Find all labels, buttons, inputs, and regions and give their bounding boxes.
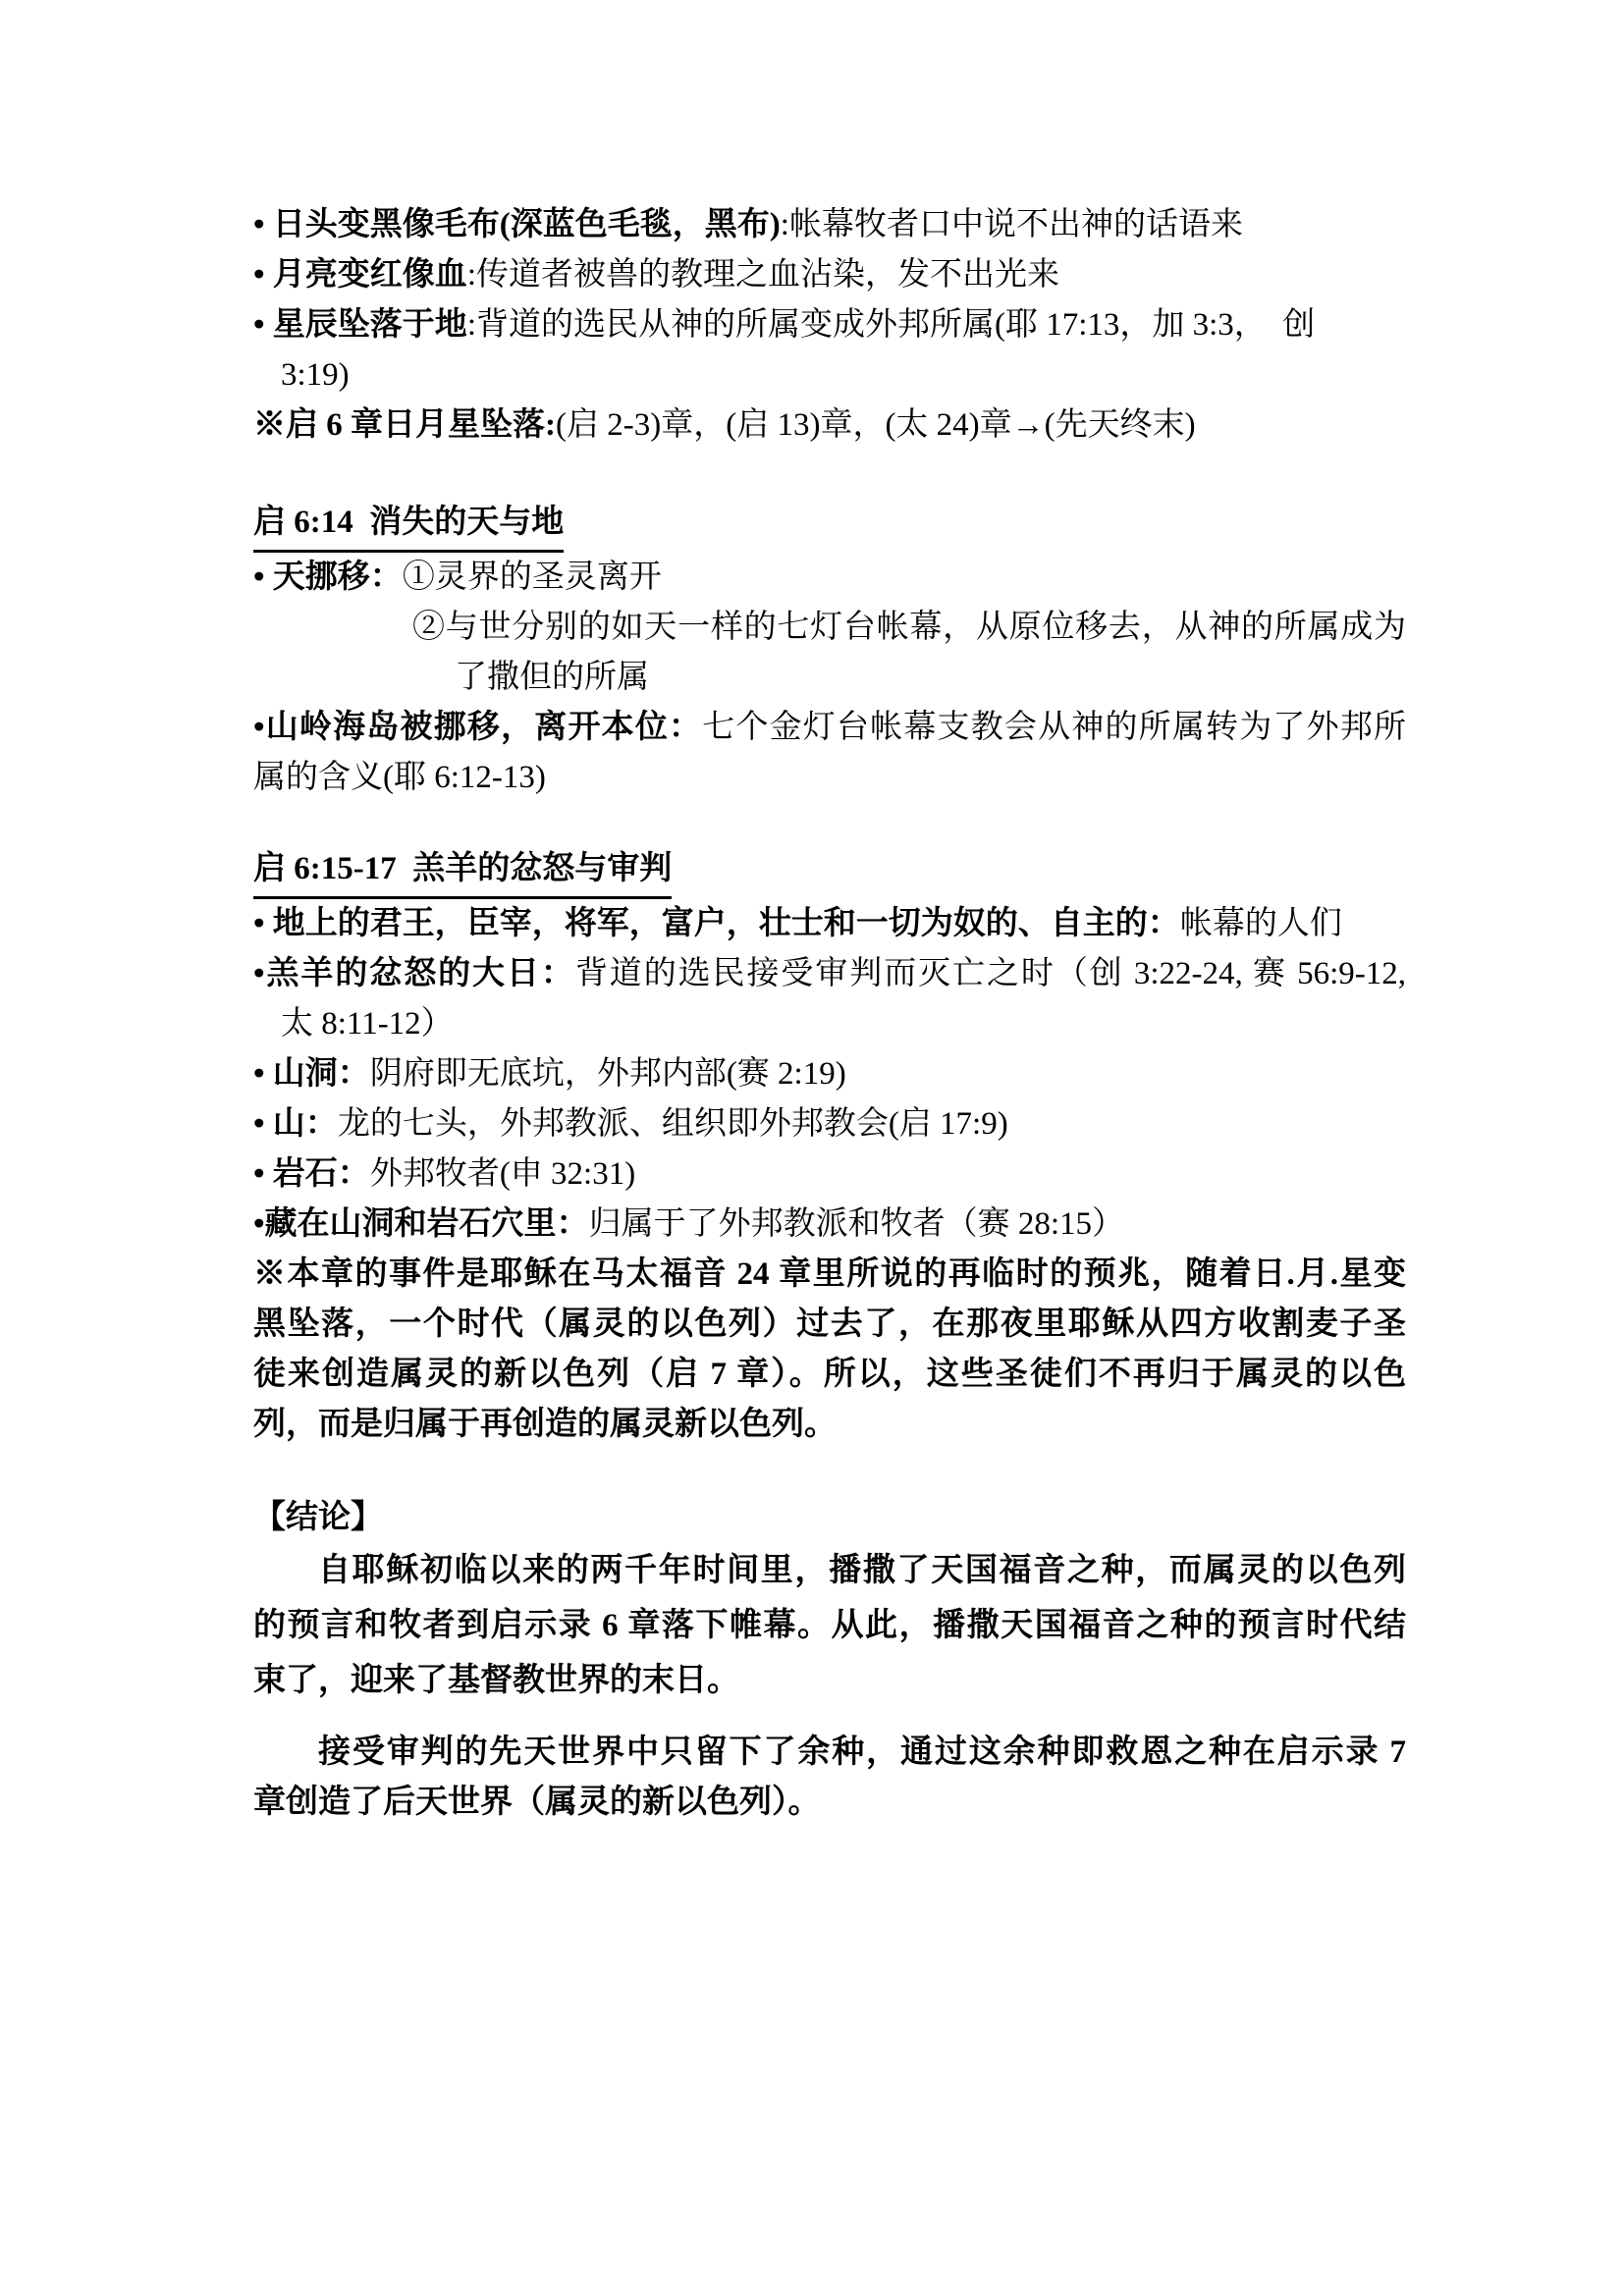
continuation-line: 了撒但的所属 <box>253 653 1406 703</box>
spacer <box>253 1450 1406 1493</box>
text-run: 帐幕的人们 <box>1180 906 1342 941</box>
bold-text-run: 自耶稣初临以来的两千年时间里，播撒了天国福音之种，而属灵的以色列 <box>318 1553 1406 1588</box>
text-run: 阴府即无底坑，外邦内部(赛 2:19) <box>370 1056 846 1092</box>
bold-text-run: 启 6:15-17 羔羊的忿怒与审判 <box>253 851 672 886</box>
text-run: 3:19) <box>281 357 350 393</box>
bullet-item: • 月亮变红像血:传道者被兽的教理之血沾染，发不出光来 <box>253 250 1406 300</box>
text-run: 了撒但的所属 <box>455 660 649 695</box>
continuation-line: 属的含义(耶 6:12-13) <box>253 753 1406 803</box>
bold-text-run: 徒来创造属灵的新以色列（启 7 章）。所以，这些圣徒们不再归于属灵的以色 <box>253 1357 1406 1392</box>
bold-text-run: 束了，迎来了基督教世界的末日。 <box>253 1663 739 1698</box>
text-run: 归属于了外邦教派和牧者（赛 28:15） <box>589 1206 1124 1242</box>
bold-text-run: 章创造了后天世界（属灵的新以色列）。 <box>253 1785 821 1820</box>
bold-text-run: 启 6:14 消失的天与地 <box>253 505 564 540</box>
text-run: :帐幕牧者口中说不出神的话语来 <box>781 207 1243 242</box>
bold-text-run: • 星辰坠落于地 <box>253 307 467 343</box>
text-run: 太 8:11-12） <box>281 1006 454 1041</box>
bullet-item: • 星辰坠落于地:背道的选民从神的所属变成外邦所属(耶 17:13，加 3:3，… <box>253 300 1406 350</box>
bullet-item: • 地上的君王，臣宰，将军，富户，壮士和一切为奴的、自主的：帐幕的人们 <box>253 899 1406 949</box>
bold-text-run: 接受审判的先天世界中只留下了余种，通过这余种即救恩之种在启示录 7 <box>318 1735 1406 1770</box>
bold-text-run: • 山： <box>253 1106 338 1142</box>
bullet-item: • 天挪移：①灵界的圣灵离开 <box>253 553 1406 603</box>
spacer <box>253 1708 1406 1728</box>
bullet-item: •山岭海岛被挪移，离开本位：七个金灯台帐幕支教会从神的所属转为了外邦所 <box>253 703 1406 753</box>
paragraph-line: 接受审判的先天世界中只留下了余种，通过这余种即救恩之种在启示录 7 <box>253 1728 1406 1778</box>
bold-text-run: • 天挪移： <box>253 560 403 595</box>
text-run: 外邦牧者(申 32:31) <box>370 1156 635 1192</box>
bullet-item: • 山洞：阴府即无底坑，外邦内部(赛 2:19) <box>253 1049 1406 1099</box>
bold-text-run: ※启 6 章日月星坠落: <box>253 407 556 443</box>
heading-underline: 启 6:14 消失的天与地 <box>253 498 564 553</box>
bold-text-run: • 日头变黑像毛布(深蓝色毛毯，黑布) <box>253 207 781 242</box>
note-line: ※启 6 章日月星坠落:(启 2-3)章，(启 13)章，(太 24)章→(先天… <box>253 400 1406 451</box>
note-line: ※本章的事件是耶稣在马太福音 24 章里所说的再临时的预兆，随着日.月.星变 <box>253 1250 1406 1300</box>
bold-text-run: 列，而是归属于再创造的属灵新以色列。 <box>253 1407 837 1442</box>
bold-text-run: •羔羊的忿怒的大日： <box>253 956 575 991</box>
paragraph-line: 的预言和牧者到启示录 6 章落下帷幕。从此，播撒天国福音之种的预言时代结 <box>253 1598 1406 1653</box>
paragraph-line: 列，而是归属于再创造的属灵新以色列。 <box>253 1400 1406 1450</box>
bold-text-run: •山岭海岛被挪移，离开本位： <box>253 710 702 745</box>
paragraph-line: 徒来创造属灵的新以色列（启 7 章）。所以，这些圣徒们不再归于属灵的以色 <box>253 1350 1406 1400</box>
section-heading: 启 6:14 消失的天与地 <box>253 498 1406 553</box>
continuation-line: ②与世分别的如天一样的七灯台帐幕，从原位移去，从神的所属成为 <box>253 603 1406 653</box>
text-run: ①灵界的圣灵离开 <box>403 560 662 595</box>
bullet-item: • 山：龙的七头，外邦教派、组织即外邦教会(启 17:9) <box>253 1099 1406 1149</box>
text-run: 七个金灯台帐幕支教会从神的所属转为了外邦所 <box>702 710 1406 745</box>
text-run: 龙的七头，外邦教派、组织即外邦教会(启 17:9) <box>338 1106 1008 1142</box>
text-run: 背道的选民接受审判而灭亡之时（创 3:22-24, 赛 56:9-12, <box>575 956 1406 991</box>
text-run: 属的含义(耶 6:12-13) <box>253 760 546 795</box>
bold-text-run: • 岩石： <box>253 1156 370 1192</box>
text-run: :传道者被兽的教理之血沾染，发不出光来 <box>467 257 1059 293</box>
bold-text-run: • 月亮变红像血 <box>253 257 467 293</box>
paragraph-line: 章创造了后天世界（属灵的新以色列）。 <box>253 1778 1406 1828</box>
bold-text-run: • 山洞： <box>253 1056 370 1092</box>
continuation-line: 太 8:11-12） <box>253 999 1406 1049</box>
section-heading: 启 6:15-17 羔羊的忿怒与审判 <box>253 844 1406 899</box>
bullet-item: •羔羊的忿怒的大日：背道的选民接受审判而灭亡之时（创 3:22-24, 赛 56… <box>253 949 1406 999</box>
text-run: ②与世分别的如天一样的七灯台帐幕，从原位移去，从神的所属成为 <box>412 610 1406 645</box>
continuation-line: 3:19) <box>253 350 1406 400</box>
bullet-item: • 日头变黑像毛布(深蓝色毛毯，黑布):帐幕牧者口中说不出神的话语来 <box>253 200 1406 250</box>
text-run: :背道的选民从神的所属变成外邦所属(耶 17:13，加 3:3， 创 <box>467 307 1316 343</box>
bold-text-run: •藏在山洞和岩石穴里： <box>253 1206 589 1242</box>
document-page: • 日头变黑像毛布(深蓝色毛毯，黑布):帐幕牧者口中说不出神的话语来• 月亮变红… <box>0 0 1624 2296</box>
bullet-item: • 岩石：外邦牧者(申 32:31) <box>253 1149 1406 1200</box>
paragraph-line: 黑坠落，一个时代（属灵的以色列）过去了，在那夜里耶稣从四方收割麦子圣 <box>253 1300 1406 1350</box>
bold-text-run: • 地上的君王，臣宰，将军，富户，壮士和一切为奴的、自主的： <box>253 906 1180 941</box>
bold-text-run: 【结论】 <box>253 1500 383 1535</box>
bold-text-run: 黑坠落，一个时代（属灵的以色列）过去了，在那夜里耶稣从四方收割麦子圣 <box>253 1307 1406 1342</box>
conclusion-label: 【结论】 <box>253 1493 1406 1543</box>
text-run: (启 2-3)章，(启 13)章，(太 24)章→(先天终末) <box>556 407 1196 443</box>
document-body: • 日头变黑像毛布(深蓝色毛毯，黑布):帐幕牧者口中说不出神的话语来• 月亮变红… <box>253 200 1406 1828</box>
bold-text-run: ※本章的事件是耶稣在马太福音 24 章里所说的再临时的预兆，随着日.月.星变 <box>253 1256 1406 1292</box>
bold-text-run: 的预言和牧者到启示录 6 章落下帷幕。从此，播撒天国福音之种的预言时代结 <box>253 1608 1406 1643</box>
paragraph-line: 自耶稣初临以来的两千年时间里，播撒了天国福音之种，而属灵的以色列 <box>253 1543 1406 1598</box>
spacer <box>253 803 1406 844</box>
paragraph-line: 束了，迎来了基督教世界的末日。 <box>253 1653 1406 1708</box>
heading-underline: 启 6:15-17 羔羊的忿怒与审判 <box>253 844 672 899</box>
spacer <box>253 451 1406 498</box>
bullet-item: •藏在山洞和岩石穴里：归属于了外邦教派和牧者（赛 28:15） <box>253 1200 1406 1250</box>
